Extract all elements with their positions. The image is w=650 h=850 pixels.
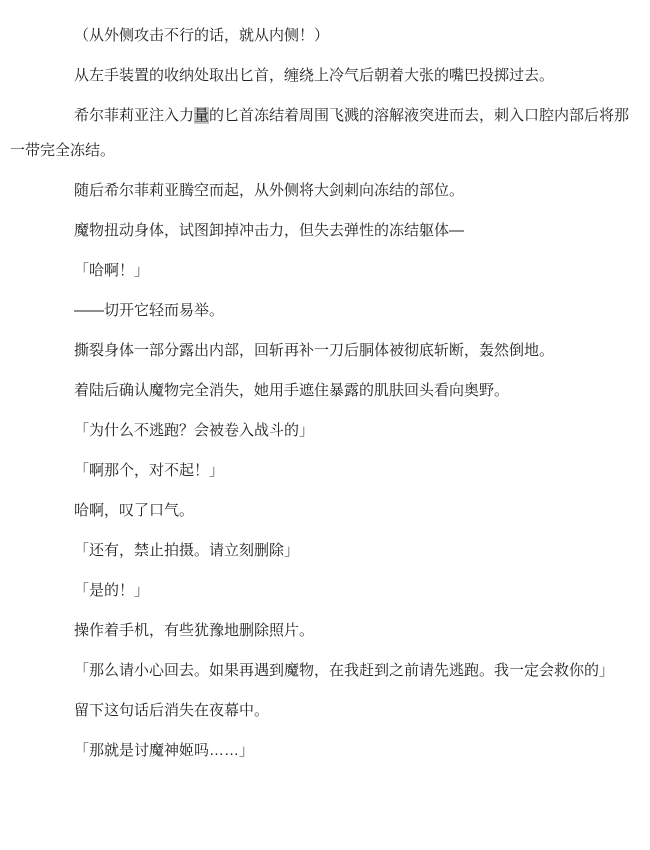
paragraph: 「啊那个，对不起！」 bbox=[10, 453, 640, 488]
novel-page: （从外侧攻击不行的话，就从内侧！）从左手装置的收纳处取出匕首，缠绕上冷气后朝着大… bbox=[0, 0, 650, 850]
paragraph: （从外侧攻击不行的话，就从内侧！） bbox=[10, 18, 640, 53]
text-run: 「哈啊！」 bbox=[74, 262, 149, 279]
text-run: 随后希尔菲莉亚腾空而起，从外侧将大剑刺向冻结的部位。 bbox=[74, 182, 464, 199]
paragraph: 从左手装置的收纳处取出匕首，缠绕上冷气后朝着大张的嘴巴投掷过去。 bbox=[10, 58, 640, 93]
text-run: 「那么请小心回去。如果再遇到魔物，在我赶到之前请先逃跑。我一定会救你的」 bbox=[74, 662, 614, 679]
text-run: 操作着手机，有些犹豫地删除照片。 bbox=[74, 622, 314, 639]
paragraph: 魔物扭动身体，试图卸掉冲击力，但失去弹性的冻结躯体— bbox=[10, 213, 640, 248]
text-run: 「是的！」 bbox=[74, 582, 149, 599]
paragraph: 着陆后确认魔物完全消失，她用手遮住暴露的肌肤回头看向奥野。 bbox=[10, 373, 640, 408]
text-run: 希尔菲莉亚注入力 bbox=[74, 107, 194, 124]
text-run: 从左手装置的收纳处取出匕首，缠绕上冷气后朝着大张的嘴巴投掷过去。 bbox=[74, 67, 554, 84]
paragraph: 「是的！」 bbox=[10, 573, 640, 608]
paragraph: 「那么请小心回去。如果再遇到魔物，在我赶到之前请先逃跑。我一定会救你的」 bbox=[10, 653, 640, 688]
text-run: 魔物扭动身体，试图卸掉冲击力，但失去弹性的冻结躯体— bbox=[74, 222, 464, 239]
paragraph: 操作着手机，有些犹豫地删除照片。 bbox=[10, 613, 640, 648]
paragraph: 随后希尔菲莉亚腾空而起，从外侧将大剑刺向冻结的部位。 bbox=[10, 173, 640, 208]
text-run: 撕裂身体一部分露出内部，回斩再补一刀后胴体被彻底斩断，轰然倒地。 bbox=[74, 342, 554, 359]
paragraph: 撕裂身体一部分露出内部，回斩再补一刀后胴体被彻底斩断，轰然倒地。 bbox=[10, 333, 640, 368]
paragraph: 「还有，禁止拍摄。请立刻删除」 bbox=[10, 533, 640, 568]
paragraph: ——切开它轻而易举。 bbox=[10, 293, 640, 328]
text-run: 着陆后确认魔物完全消失，她用手遮住暴露的肌肤回头看向奥野。 bbox=[74, 382, 509, 399]
paragraph: 留下这句话后消失在夜幕中。 bbox=[10, 693, 640, 728]
text-run: （从外侧攻击不行的话，就从内侧！） bbox=[74, 27, 329, 44]
text-run: ——切开它轻而易举。 bbox=[74, 302, 224, 319]
text-run: 「为什么不逃跑？会被卷入战斗的」 bbox=[74, 422, 314, 439]
paragraph: 「为什么不逃跑？会被卷入战斗的」 bbox=[10, 413, 640, 448]
paragraph: 「哈啊！」 bbox=[10, 253, 640, 288]
paragraph: 哈啊，叹了口气。 bbox=[10, 493, 640, 528]
paragraph: 「那就是讨魔神姬吗……」 bbox=[10, 733, 640, 768]
text-run: 留下这句话后消失在夜幕中。 bbox=[74, 702, 269, 719]
paragraph: 希尔菲莉亚注入力量的匕首冻结着周围飞溅的溶解液突进而去，刺入口腔内部后将那一带完… bbox=[10, 98, 640, 168]
highlighted-char: 量 bbox=[194, 107, 209, 124]
text-run: 「那就是讨魔神姬吗……」 bbox=[74, 742, 254, 759]
text-run: 「啊那个，对不起！」 bbox=[74, 462, 224, 479]
text-run: 「还有，禁止拍摄。请立刻删除」 bbox=[74, 542, 299, 559]
text-run: 哈啊，叹了口气。 bbox=[74, 502, 194, 519]
novel-text: （从外侧攻击不行的话，就从内侧！）从左手装置的收纳处取出匕首，缠绕上冷气后朝着大… bbox=[10, 18, 640, 768]
